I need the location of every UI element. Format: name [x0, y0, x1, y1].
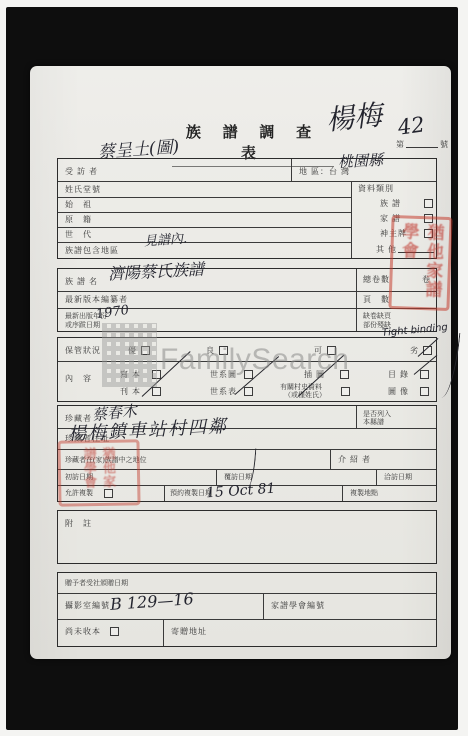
interviewee-label: 受 訪 者 [65, 167, 98, 176]
genealogy-name-label: 族 譜 名 [65, 277, 98, 286]
generation-label: 世 代 [65, 230, 92, 239]
printed-checkbox [152, 387, 161, 396]
coverage-handwritten: 見譜內. [144, 233, 188, 249]
origin-label: 原 籍 [65, 215, 92, 224]
compiler-label: 最新版本編纂者 [65, 295, 128, 304]
form-number-suffix: 號 [440, 140, 449, 149]
content-pedigree-table-label: 世系表 [210, 387, 237, 396]
coverage-label: 族譜包含地區 [65, 246, 119, 255]
seal-stamp-right: 猶他家譜學會 [388, 215, 452, 311]
content-label: 內 容 [65, 374, 92, 383]
form-number-prefix: 第 [396, 140, 405, 149]
mail-address-label: 寄贈地址 [171, 627, 207, 636]
film-number-label: 攝影室編號 [65, 601, 110, 610]
seal-text-left: 猶他家譜學會 [80, 447, 119, 500]
identity-section: 受 訪 者 地 區：台 灣 姓氏堂號 始 祖 原 籍 世 代 族譜包含地區 資料… [57, 158, 437, 259]
image-checkbox [420, 387, 429, 396]
content-index-label: 目 錄 [388, 370, 409, 379]
familysearch-watermark: FamilySearch [160, 343, 349, 377]
missing-label-line1: 缺卷缺頁 [363, 312, 391, 320]
familysearch-logo-icon [102, 323, 157, 387]
index-checkbox [420, 370, 429, 379]
listed-label-line1: 是否列入 [363, 410, 391, 418]
scanned-microfilm-frame: { "title": { "text": "族 譜 調 查 表", "handw… [0, 0, 468, 736]
not-received-label: 尚未收本 [65, 627, 101, 636]
not-received-checkbox [110, 627, 119, 636]
content-image-label: 圖 像 [388, 387, 409, 396]
pages-label: 頁 數 [363, 295, 390, 304]
form-number-line [406, 138, 438, 148]
copy-place-label: 複製地點 [350, 489, 378, 497]
pedigree-table-checkbox [244, 387, 253, 396]
third-visit-label: 洽訪日期 [384, 473, 412, 481]
introducer-label: 介 紹 者 [338, 455, 371, 464]
category-item-zupu: 族 譜 [380, 199, 401, 208]
society-number-label: 家譜學會編號 [271, 601, 325, 610]
note-label: 附 註 [65, 519, 92, 528]
condition-opt-poor: 劣 [410, 346, 419, 355]
volumes-label: 總卷數 [363, 275, 390, 284]
condition-label: 保管狀況 [65, 346, 101, 355]
seal-stamp-left: 猶他家譜學會 [57, 439, 140, 506]
content-local-history-label: 有關村史資料 [280, 383, 322, 391]
local-history-checkbox [341, 387, 350, 396]
form-number-handwritten: 42 [397, 114, 426, 139]
grant-date-label: 贈予者受社頒贈日期 [65, 579, 128, 587]
handwritten-place-name: 楊梅 [325, 101, 384, 135]
seal-text-right: 猶他家譜學會 [394, 222, 447, 304]
year-label-line2: 或序跋日期 [65, 321, 100, 329]
content-local-history-sub: （或僅姓氏） [284, 391, 326, 399]
note-section: 附 註 [57, 510, 437, 564]
category-label: 資料類別 [358, 184, 394, 193]
content-printed-label: 刊 本 [120, 387, 141, 396]
document-page: 族 譜 調 查 表 楊梅 42 第 號 受 訪 者 地 區：台 灣 姓氏堂號 始… [30, 66, 451, 659]
first-ancestor-label: 始 祖 [65, 200, 92, 209]
region-handwritten: 桃園縣 [338, 153, 384, 170]
surname-hall-label: 姓氏堂號 [65, 185, 101, 194]
owner-label: 珍藏者 [65, 414, 92, 423]
listed-label-line2: 本縣譜 [363, 418, 384, 426]
zupu-checkbox [424, 199, 433, 208]
